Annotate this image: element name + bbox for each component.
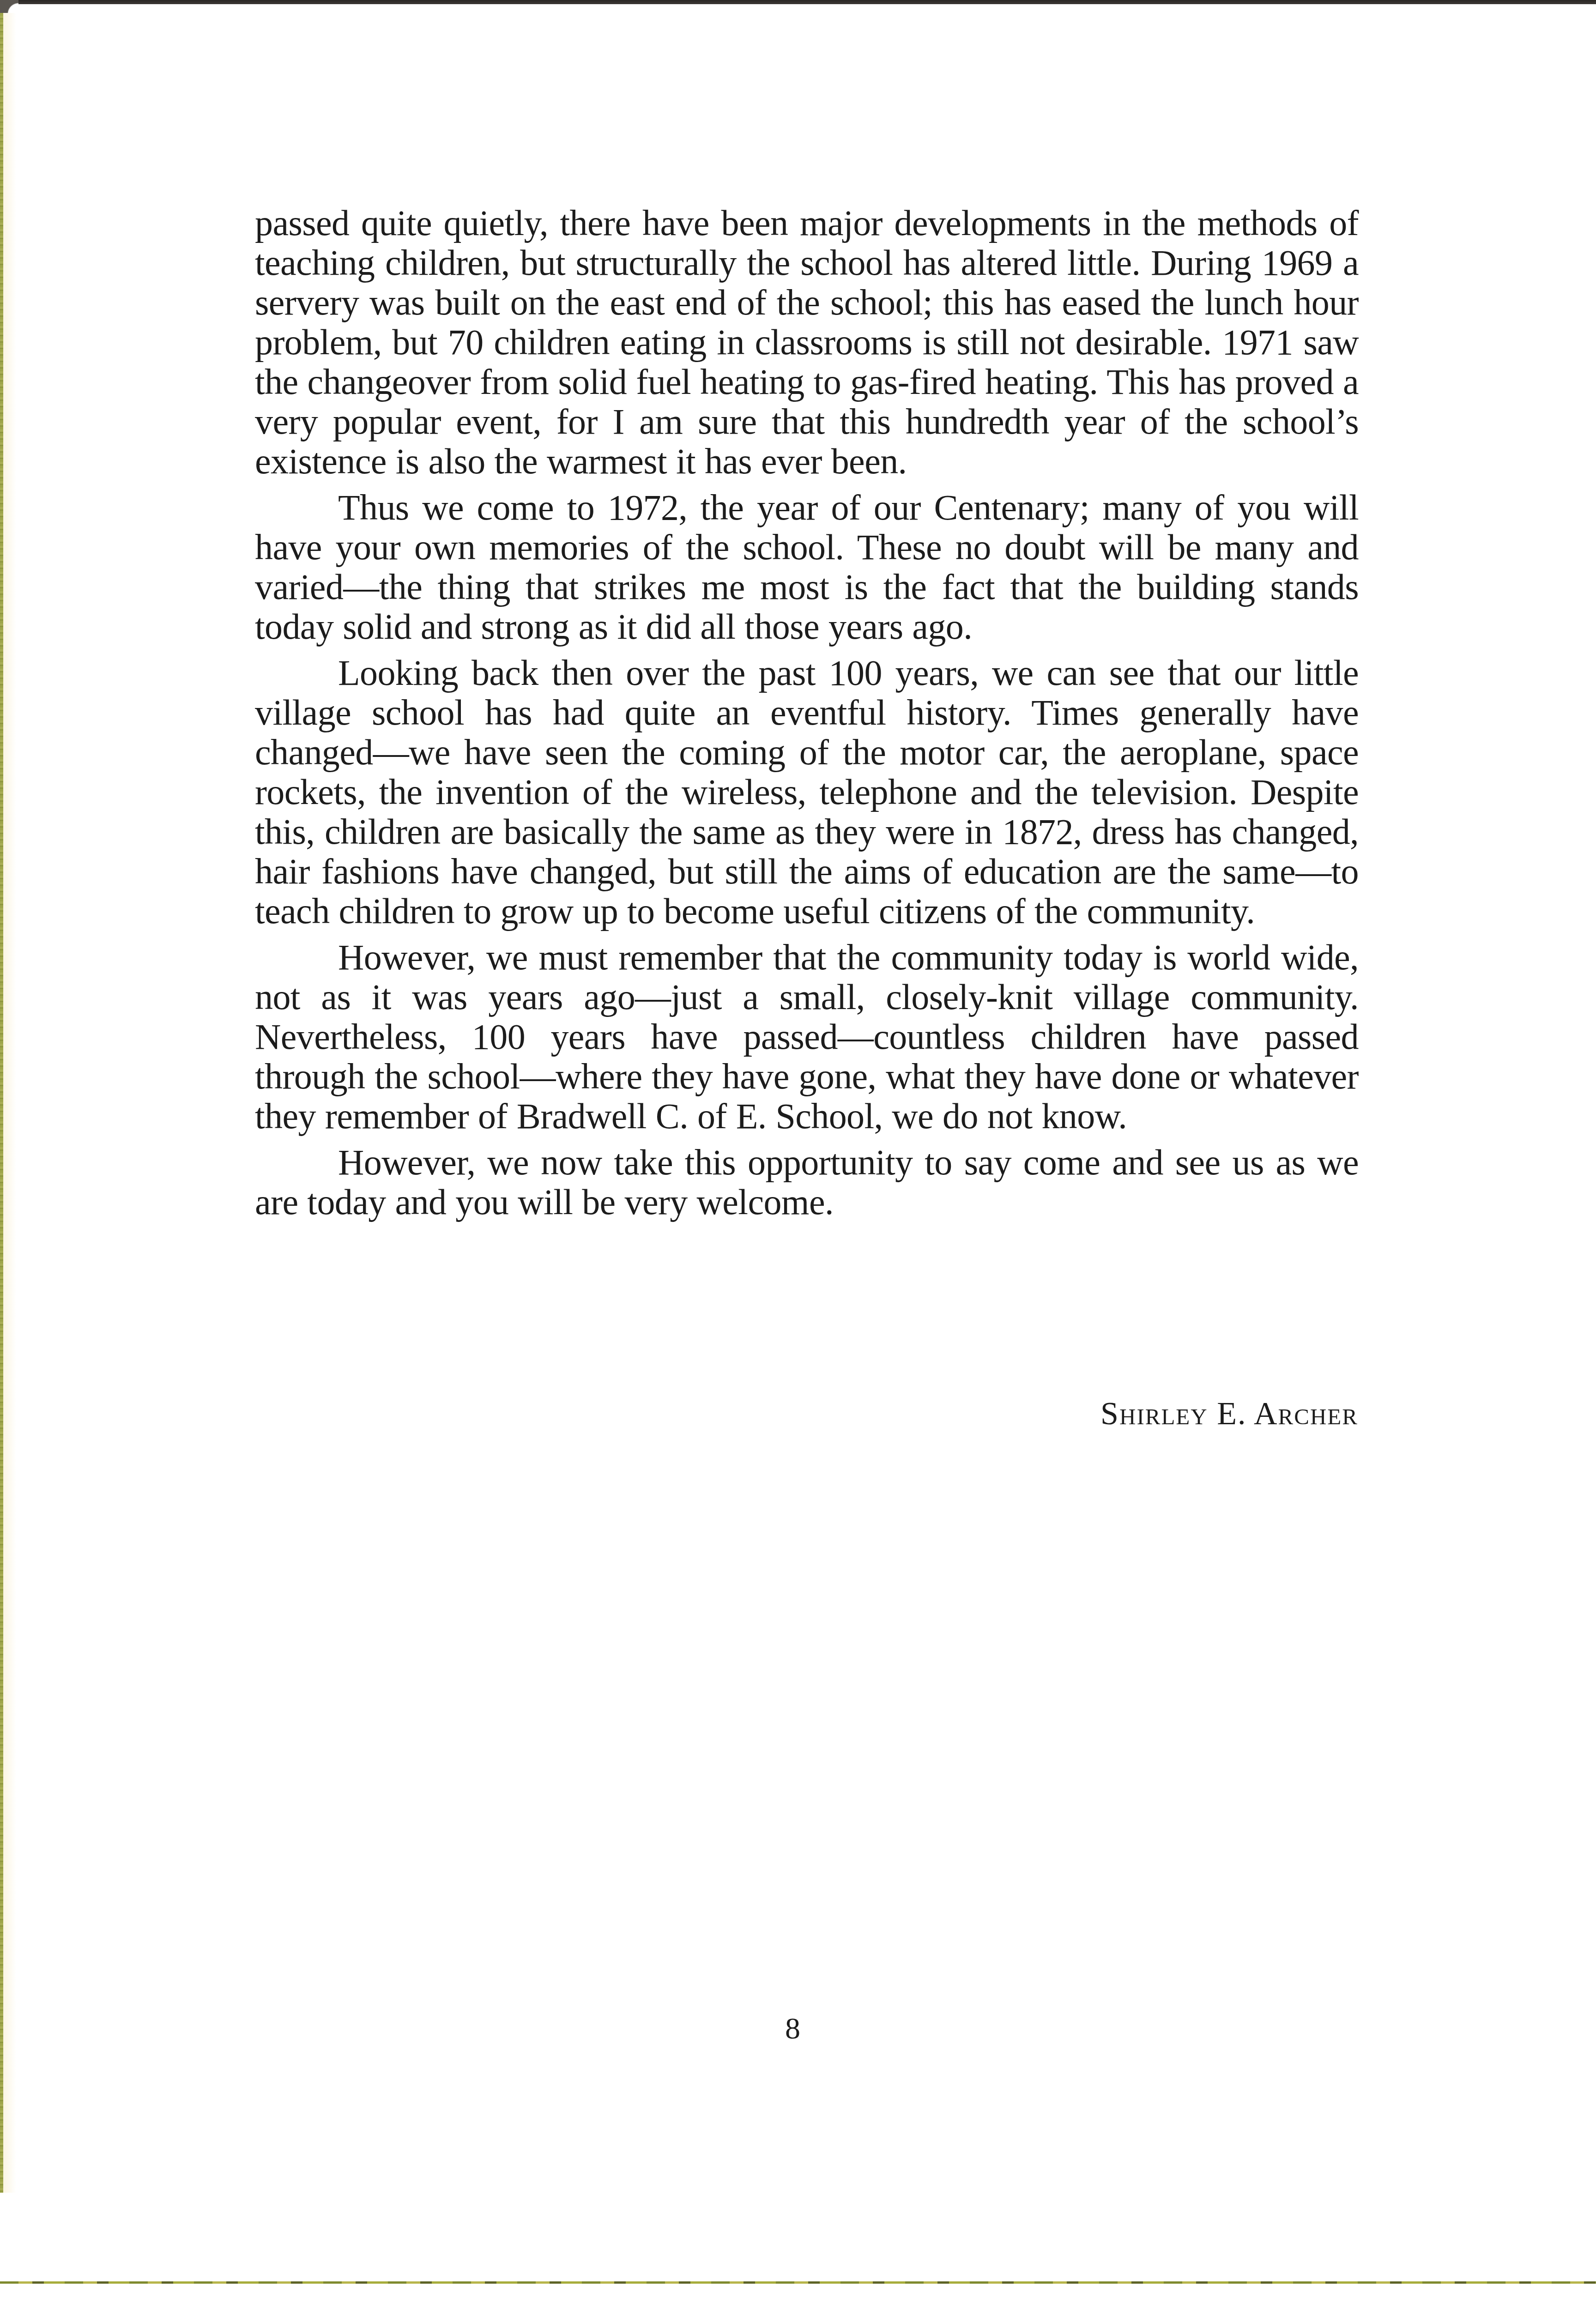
paragraph-looking-back: Looking back then over the past 100 year… [255,653,1359,931]
scan-corner-shadow [0,0,18,14]
page-gutter-tint [3,13,16,2193]
cover-binding-edge [0,13,3,2193]
scan-margin [0,2284,1596,2298]
paragraph-community: However, we must remember that the commu… [255,937,1359,1136]
page-number: 8 [785,2013,800,2045]
body-text: passed quite quietly, there have been ma… [255,203,1359,1228]
paragraph-invitation: However, we now take this opportunity to… [255,1143,1359,1222]
scan-top-shadow [0,0,1596,4]
paragraph-centenary: Thus we come to 1972, the year of our Ce… [255,488,1359,647]
author-signature: Shirley E. Archer [1100,1396,1358,1433]
paragraph-continuation: passed quite quietly, there have been ma… [255,203,1359,481]
